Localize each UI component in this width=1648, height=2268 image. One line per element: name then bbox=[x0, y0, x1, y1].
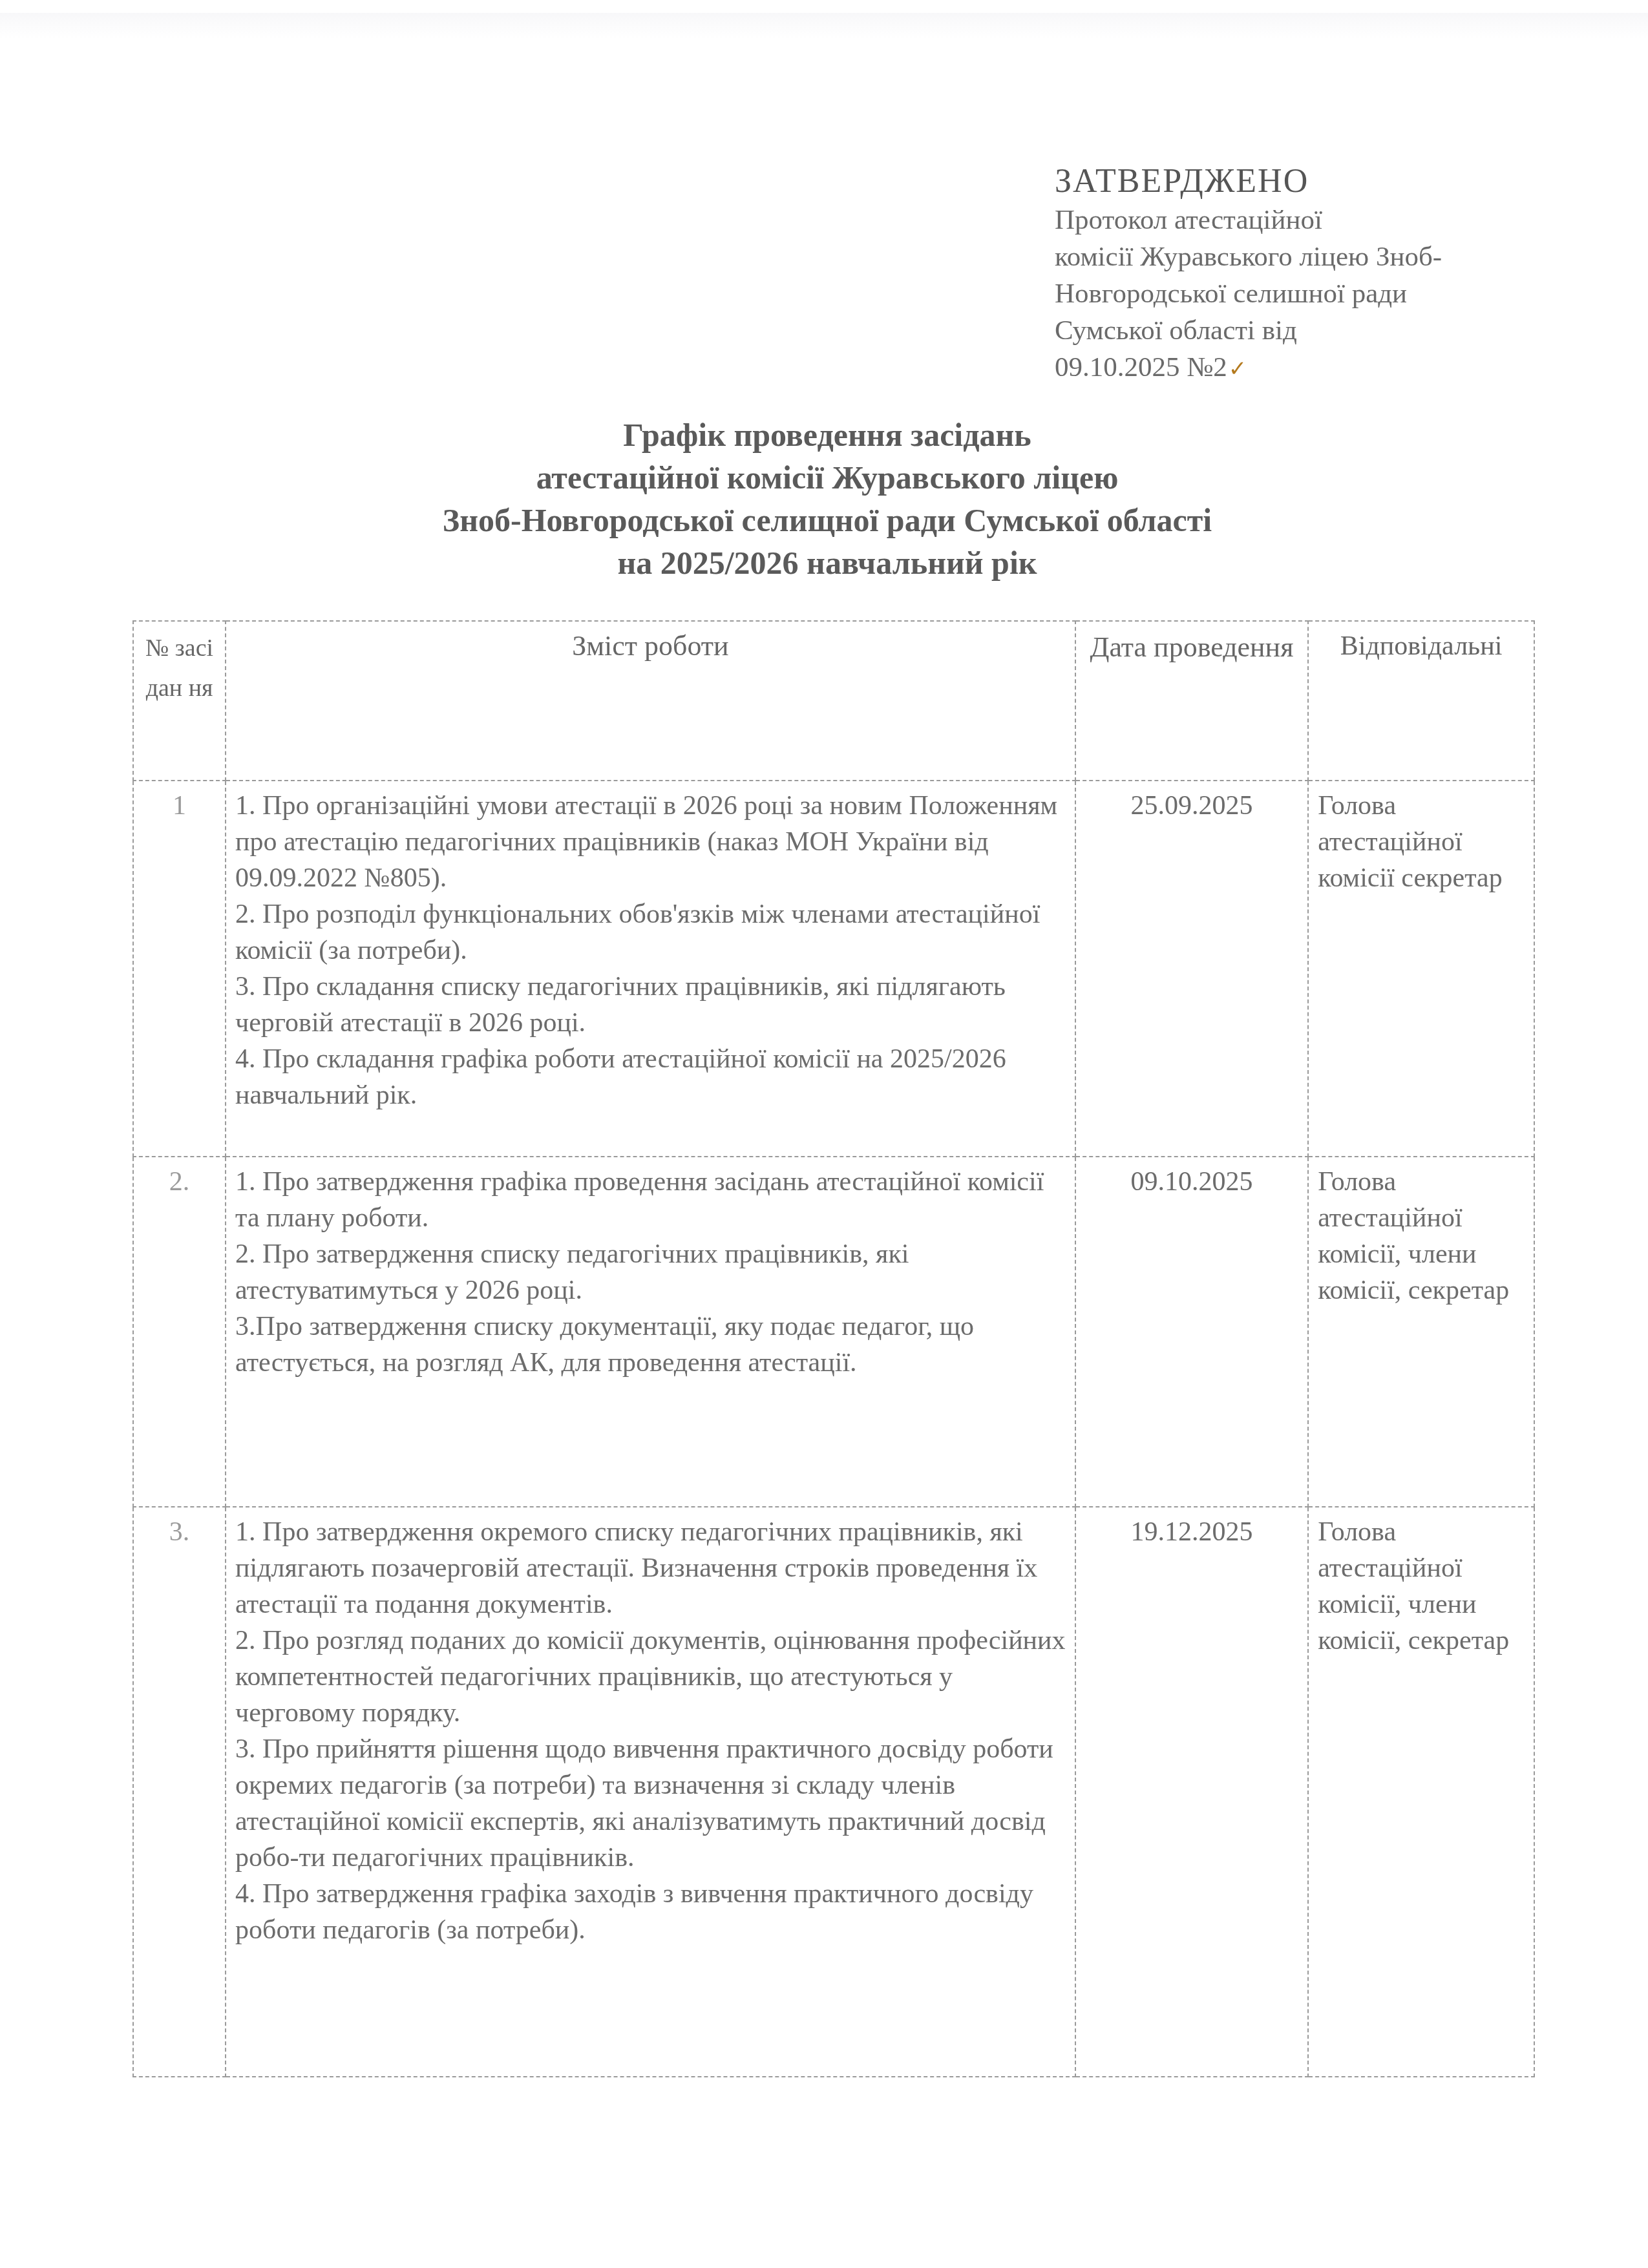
meeting-number: 2. bbox=[133, 1157, 226, 1507]
title-line: Зноб-Новгородської селищної ради Сумсько… bbox=[194, 499, 1461, 541]
agenda-item: 3. Про складання списку педагогічних пра… bbox=[235, 969, 1066, 1041]
approval-line: комісії Журавського ліцею Зноб- bbox=[1055, 238, 1572, 275]
agenda-item: 3. Про прийняття рішення щодо вивчення п… bbox=[235, 1731, 1066, 1876]
approval-stamp: ЗАТВЕРДЖЕНО bbox=[1055, 162, 1572, 202]
meeting-date: 09.10.2025 bbox=[1075, 1157, 1308, 1507]
meeting-date: 25.09.2025 bbox=[1075, 781, 1308, 1157]
meeting-date: 19.12.2025 bbox=[1075, 1507, 1308, 2077]
meeting-content: 1. Про організаційні умови атестації в 2… bbox=[226, 781, 1075, 1157]
table-row: 3. 1. Про затвердження окремого списку п… bbox=[133, 1507, 1534, 2077]
meeting-number: 3. bbox=[133, 1507, 226, 2077]
handwritten-check-icon: ✓ bbox=[1229, 357, 1247, 381]
agenda-item: 2. Про розгляд поданих до комісії докуме… bbox=[235, 1622, 1066, 1731]
header-date: Дата проведення bbox=[1075, 621, 1308, 781]
agenda-item: 3.Про затвердження списку документації, … bbox=[235, 1308, 1066, 1381]
document-title: Графік проведення засідань атестаційної … bbox=[194, 414, 1461, 584]
meeting-number: 1 bbox=[133, 781, 226, 1157]
agenda-item: 2. Про розподіл функціональних обов'язкі… bbox=[235, 896, 1066, 969]
table-header-row: № засі дан ня Зміст роботи Дата проведен… bbox=[133, 621, 1534, 781]
header-responsible: Відповідальні bbox=[1308, 621, 1534, 781]
table-row: 2. 1. Про затвердження графіка проведенн… bbox=[133, 1157, 1534, 1507]
meeting-responsible: Голова атестаційної комісії, члени коміс… bbox=[1308, 1157, 1534, 1507]
table-row: 1 1. Про організаційні умови атестації в… bbox=[133, 781, 1534, 1157]
meeting-responsible: Голова атестаційної комісії, члени коміс… bbox=[1308, 1507, 1534, 2077]
meeting-content: 1. Про затвердження окремого списку педа… bbox=[226, 1507, 1075, 2077]
agenda-item: 1. Про затвердження окремого списку педа… bbox=[235, 1514, 1066, 1622]
agenda-item: 1. Про затвердження графіка проведення з… bbox=[235, 1164, 1066, 1236]
header-content: Зміст роботи bbox=[226, 621, 1075, 781]
title-line: на 2025/2026 навчальний рік bbox=[194, 541, 1461, 584]
agenda-item: 2. Про затвердження списку педагогічних … bbox=[235, 1236, 1066, 1308]
scan-artifact bbox=[0, 13, 1648, 39]
meeting-responsible: Голова атестаційної комісії секретар bbox=[1308, 781, 1534, 1157]
meeting-content: 1. Про затвердження графіка проведення з… bbox=[226, 1157, 1075, 1507]
title-line: Графік проведення засідань bbox=[194, 414, 1461, 456]
approval-date-number: 09.10.2025 №2✓ bbox=[1055, 349, 1572, 388]
approval-line: Протокол атестаційної bbox=[1055, 202, 1572, 238]
agenda-item: 1. Про організаційні умови атестації в 2… bbox=[235, 788, 1066, 896]
agenda-item: 4. Про затвердження графіка заходів з ви… bbox=[235, 1876, 1066, 1948]
approval-line: Сумської області від bbox=[1055, 312, 1572, 349]
approval-block: ЗАТВЕРДЖЕНО Протокол атестаційної комісі… bbox=[1055, 162, 1572, 388]
meeting-schedule-table: № засі дан ня Зміст роботи Дата проведен… bbox=[132, 620, 1535, 2077]
title-line: атестаційної комісії Журавського ліцею bbox=[194, 456, 1461, 499]
header-number: № засі дан ня bbox=[133, 621, 226, 781]
approval-line: Новгородської селишної ради bbox=[1055, 275, 1572, 312]
agenda-item: 4. Про складання графіка роботи атестаці… bbox=[235, 1041, 1066, 1113]
